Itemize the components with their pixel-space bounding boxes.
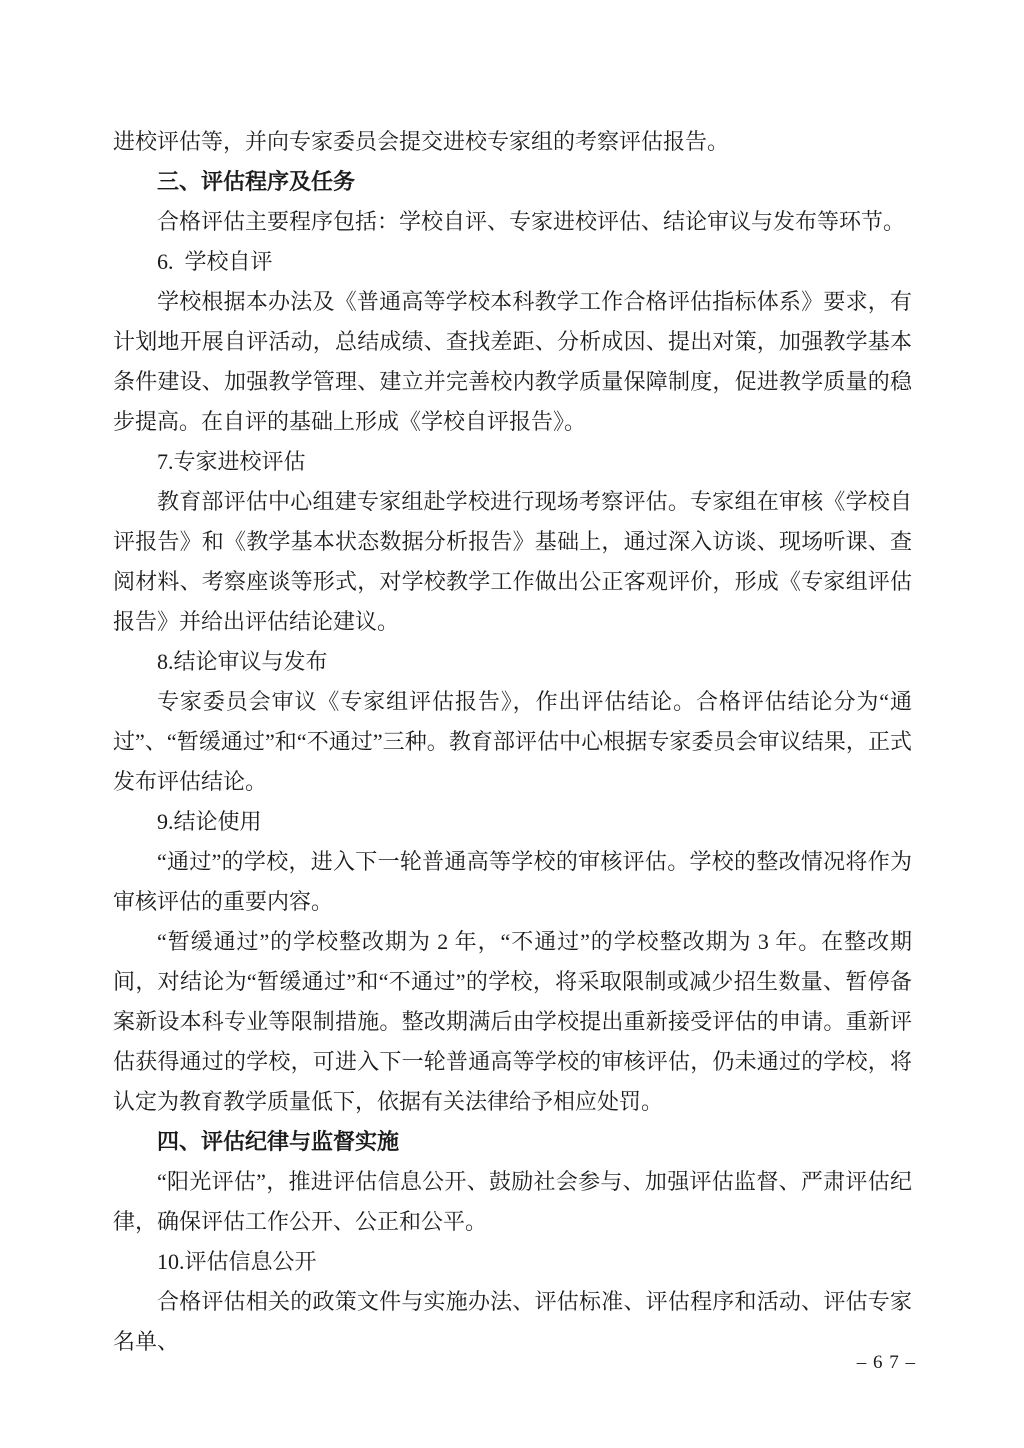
numbered-item-heading: 9.结论使用 xyxy=(113,802,912,842)
paragraph: 合格评估主要程序包括：学校自评、专家进校评估、结论审议与发布等环节。 xyxy=(113,202,912,242)
paragraph: 学校根据本办法及《普通高等学校本科教学工作合格评估指标体系》要求，有计划地开展自… xyxy=(113,282,912,442)
paragraph: 教育部评估中心组建专家组赴学校进行现场考察评估。专家组在审核《学校自评报告》和《… xyxy=(113,482,912,642)
paragraph: 专家委员会审议《专家组评估报告》，作出评估结论。合格评估结论分为“通过”、“暂缓… xyxy=(113,682,912,802)
document-page: 进校评估等，并向专家委员会提交进校专家组的考察评估报告。 三、评估程序及任务 合… xyxy=(0,0,1024,1448)
paragraph: “阳光评估”，推进评估信息公开、鼓励社会参与、加强评估监督、严肃评估纪律，确保评… xyxy=(113,1162,912,1242)
page-number: – 6 7 – xyxy=(857,1352,916,1374)
numbered-item-heading: 7.专家进校评估 xyxy=(113,442,912,482)
paragraph: 进校评估等，并向专家委员会提交进校专家组的考察评估报告。 xyxy=(113,122,912,162)
paragraph: “暂缓通过”的学校整改期为 2 年，“不通过”的学校整改期为 3 年。在整改期间… xyxy=(113,922,912,1122)
numbered-item-heading: 10.评估信息公开 xyxy=(113,1242,912,1282)
paragraph: 合格评估相关的政策文件与实施办法、评估标准、评估程序和活动、评估专家名单、 xyxy=(113,1282,912,1362)
numbered-item-heading: 8.结论审议与发布 xyxy=(113,642,912,682)
paragraph: “通过”的学校，进入下一轮普通高等学校的审核评估。学校的整改情况将作为审核评估的… xyxy=(113,842,912,922)
document-body: 进校评估等，并向专家委员会提交进校专家组的考察评估报告。 三、评估程序及任务 合… xyxy=(113,122,912,1362)
numbered-item-heading: 6. 学校自评 xyxy=(113,242,912,282)
section-heading: 四、评估纪律与监督实施 xyxy=(113,1122,912,1162)
section-heading: 三、评估程序及任务 xyxy=(113,162,912,202)
